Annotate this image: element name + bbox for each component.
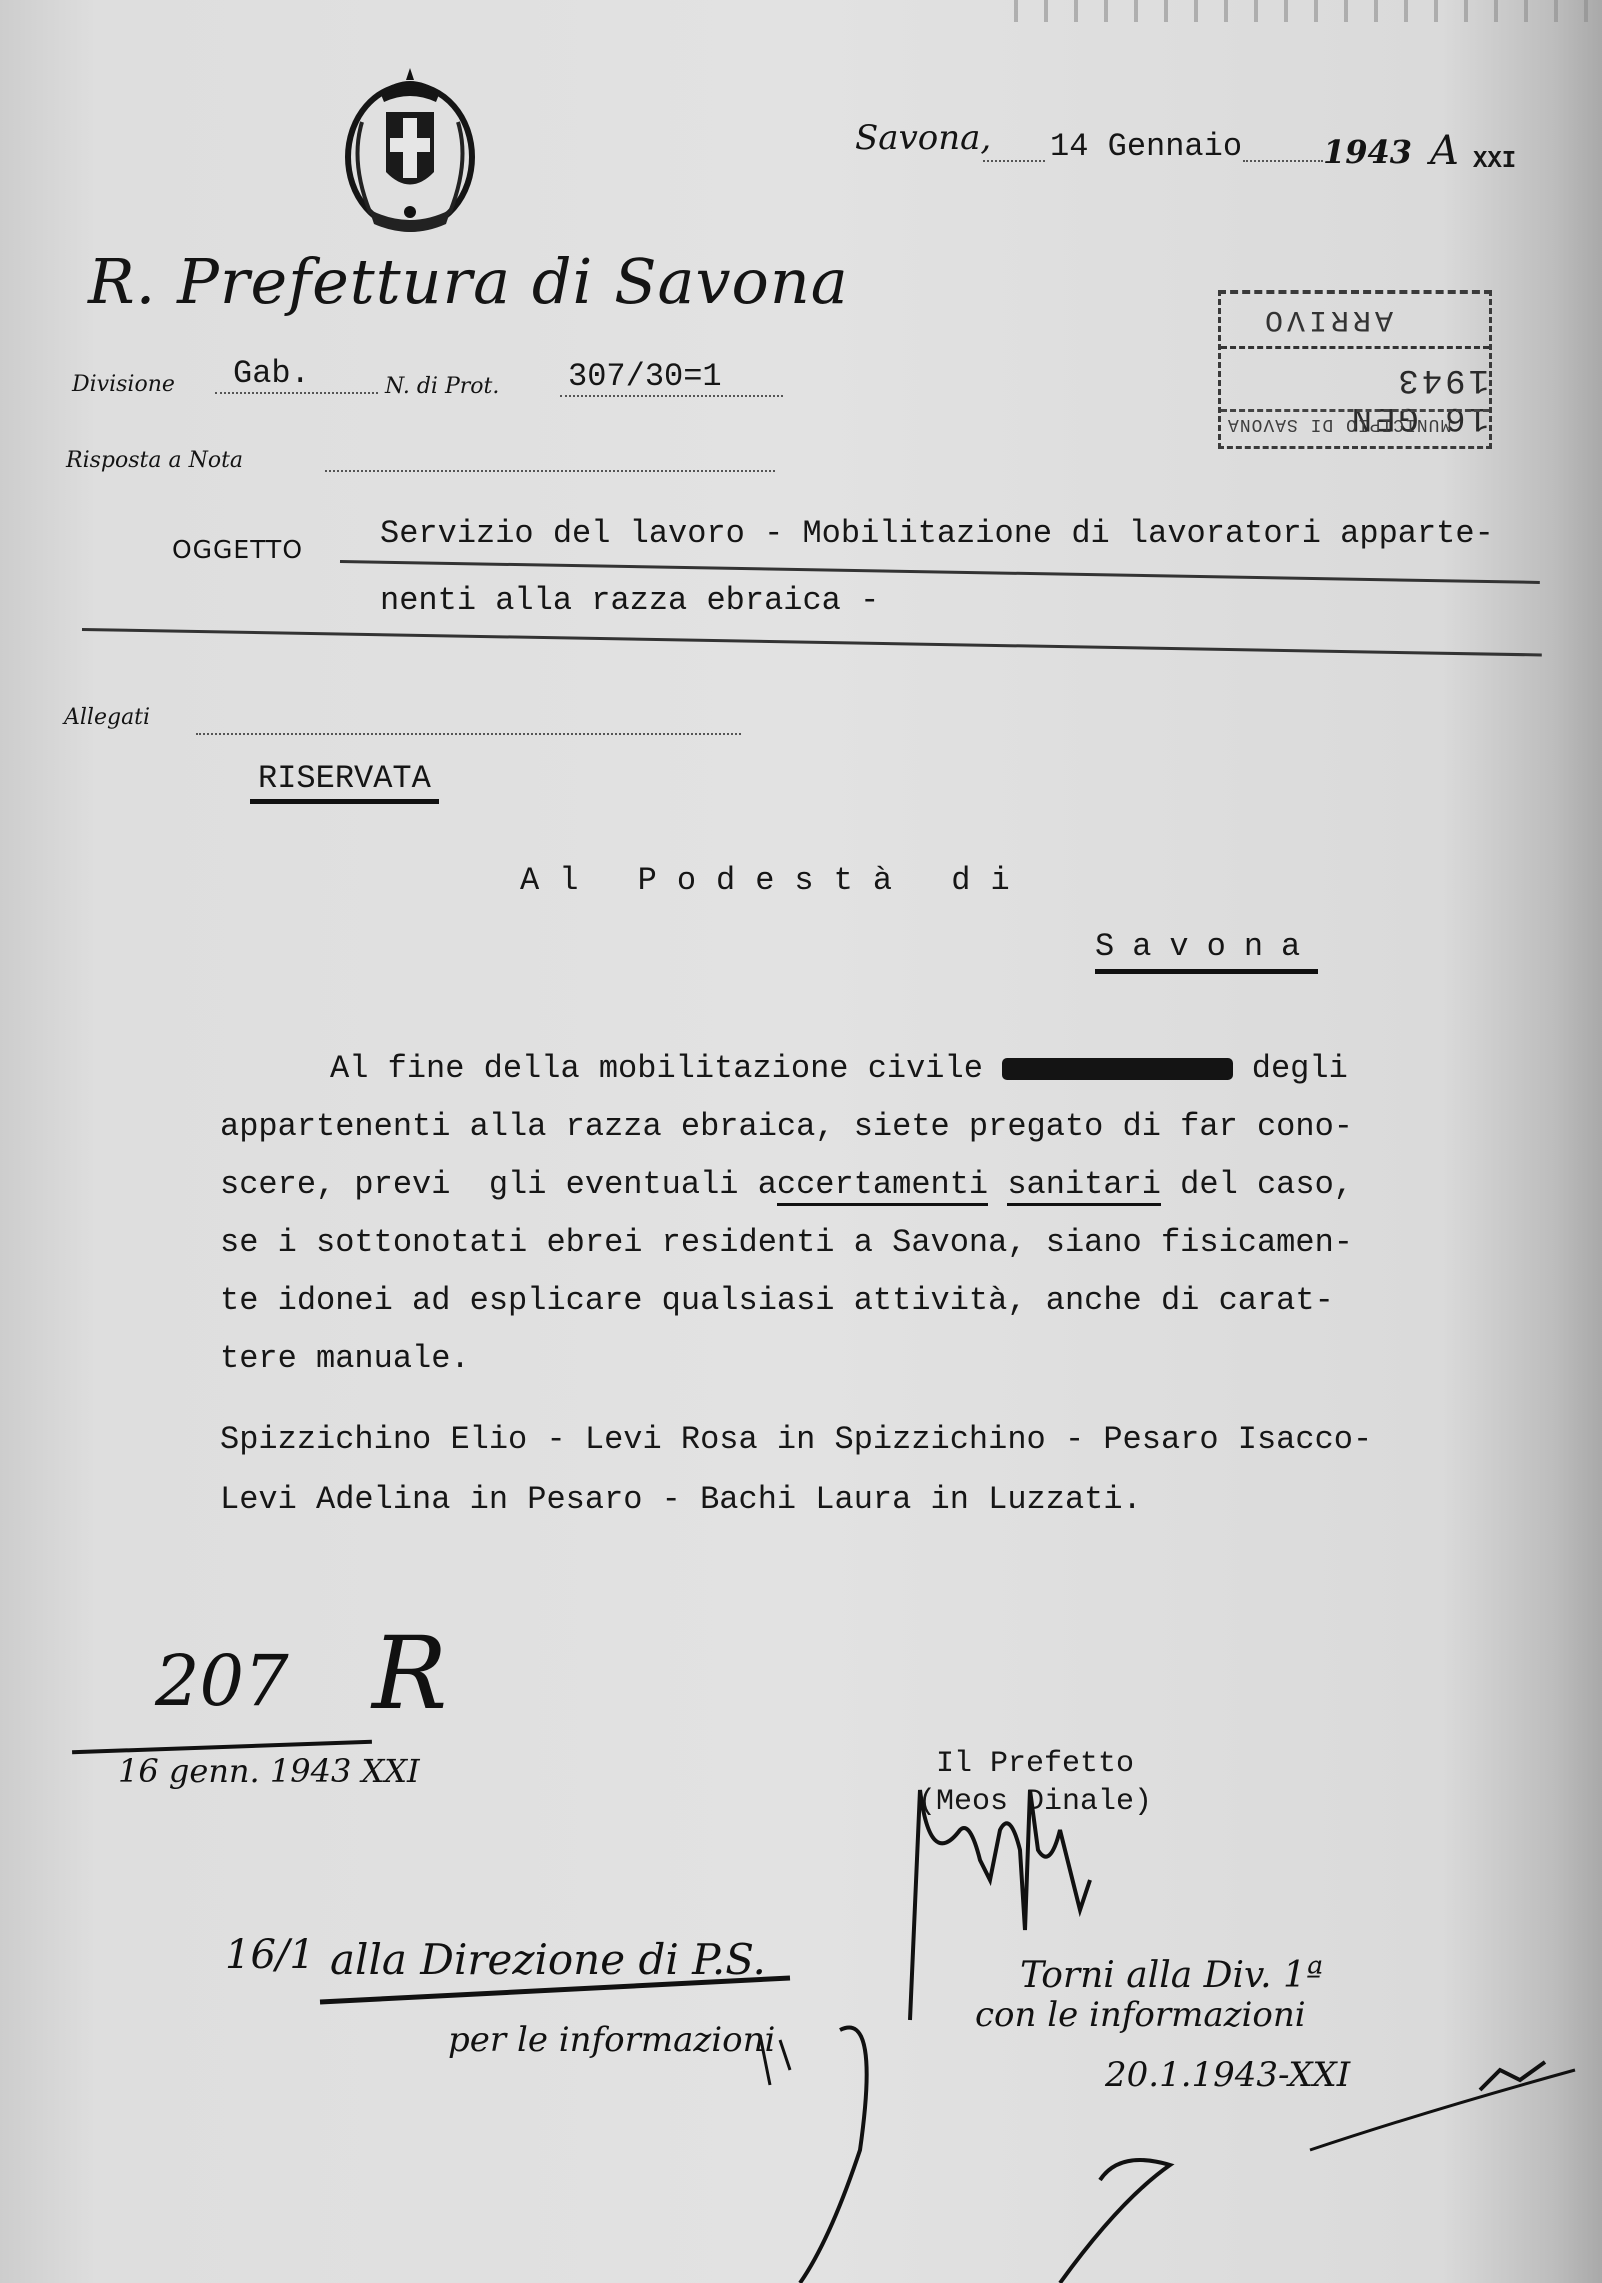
- date-place: Savona,: [855, 118, 991, 158]
- underlined-word: sanitari: [1007, 1166, 1161, 1206]
- oggetto-line-2: nenti alla razza ebraica -: [380, 582, 879, 619]
- date-year: 1943: [1323, 133, 1412, 171]
- struck-out-word: obbligatoria: [1002, 1058, 1232, 1080]
- note-right-line-1: Torni alla Div. 1ª: [1020, 1955, 1323, 1996]
- divisione-value: Gab.: [215, 355, 378, 394]
- risposta-label: Risposta a Nota: [66, 448, 243, 473]
- body-line: tere manuale.: [220, 1330, 1480, 1388]
- bleed-through-text: [1000, 0, 1602, 22]
- protocollo-label: N. di Prot.: [385, 374, 499, 399]
- body-space: [988, 1166, 1007, 1203]
- date-era-prefix: A: [1430, 128, 1459, 174]
- oggetto-rule: [340, 560, 1540, 584]
- addressee-city: Savona: [1095, 928, 1318, 974]
- date-dotted-line: [983, 160, 1045, 162]
- savoy-coat-of-arms-icon: [340, 62, 480, 237]
- body-line: degli: [1233, 1050, 1348, 1087]
- allegati-label: Allegati: [64, 705, 150, 730]
- body-line: Al fine della mobilitazione civile: [330, 1050, 1002, 1087]
- stamp-divider: [1221, 409, 1489, 412]
- underlined-word: ccertamenti: [777, 1166, 988, 1206]
- addressee-line-1: Al Podestà di: [520, 862, 1030, 899]
- registry-date: 16 genn. 1943 XXI: [118, 1752, 420, 1790]
- names-line: Spizzichino Elio - Levi Rosa in Spizzich…: [220, 1410, 1372, 1470]
- allegati-value: [196, 733, 741, 735]
- note-left-line-1: alla Direzione di P.S.: [330, 1935, 766, 1984]
- protocollo-value: 307/30=1: [560, 358, 783, 397]
- oggetto-rule: [82, 628, 1542, 656]
- risposta-value: [325, 470, 775, 472]
- date-era: XXI: [1473, 148, 1516, 175]
- note-left-line-2: per le informazioni: [448, 2020, 775, 2060]
- date-day-month: 14 Gennaio: [1050, 128, 1242, 165]
- body-line: scere, previ gli eventuali a: [220, 1166, 777, 1203]
- body-line: appartenenti alla razza ebraica, siete p…: [220, 1098, 1480, 1156]
- registry-number: 207: [155, 1640, 289, 1722]
- stamp-title: ARRIVO: [1261, 302, 1393, 336]
- names-list: Spizzichino Elio - Levi Rosa in Spizzich…: [220, 1410, 1372, 1530]
- note-right-date: 20.1.1943-XXI: [1105, 2055, 1350, 2095]
- oggetto-label: OGGETTO: [172, 535, 303, 564]
- note-right-line-2: con le informazioni: [975, 1995, 1306, 2035]
- oggetto-line-1: Servizio del lavoro - Mobilitazione di l…: [380, 515, 1494, 552]
- arrival-stamp: ARRIVO 16 GEN 1943 MUNICIPIO DI SAVONA: [1218, 290, 1492, 449]
- registry-letter: R: [372, 1615, 447, 1732]
- stamp-divider: [1221, 346, 1489, 349]
- date-dotted-line: [1243, 160, 1323, 162]
- letter-body: Al fine della mobilitazione civile obbli…: [220, 1040, 1480, 1388]
- names-line: Levi Adelina in Pesaro - Bachi Laura in …: [220, 1470, 1372, 1530]
- classification-label: RISERVATA: [250, 760, 439, 804]
- body-line: te idonei ad esplicare qualsiasi attivit…: [220, 1272, 1480, 1330]
- letterhead-title: R. Prefettura di Savona: [88, 245, 849, 318]
- body-line: se i sottonotati ebrei residenti a Savon…: [220, 1214, 1480, 1272]
- stamp-municipality: MUNICIPIO DI SAVONA: [1227, 414, 1451, 434]
- document-page: R. Prefettura di Savona Savona, 14 Genna…: [0, 0, 1602, 2283]
- body-line: del caso,: [1161, 1166, 1353, 1203]
- divisione-label: Divisione: [72, 372, 175, 397]
- document-date: Savona, 14 Gennaio 1943 A XXI: [855, 118, 1555, 178]
- note-left-date: 16/1: [225, 1932, 315, 1978]
